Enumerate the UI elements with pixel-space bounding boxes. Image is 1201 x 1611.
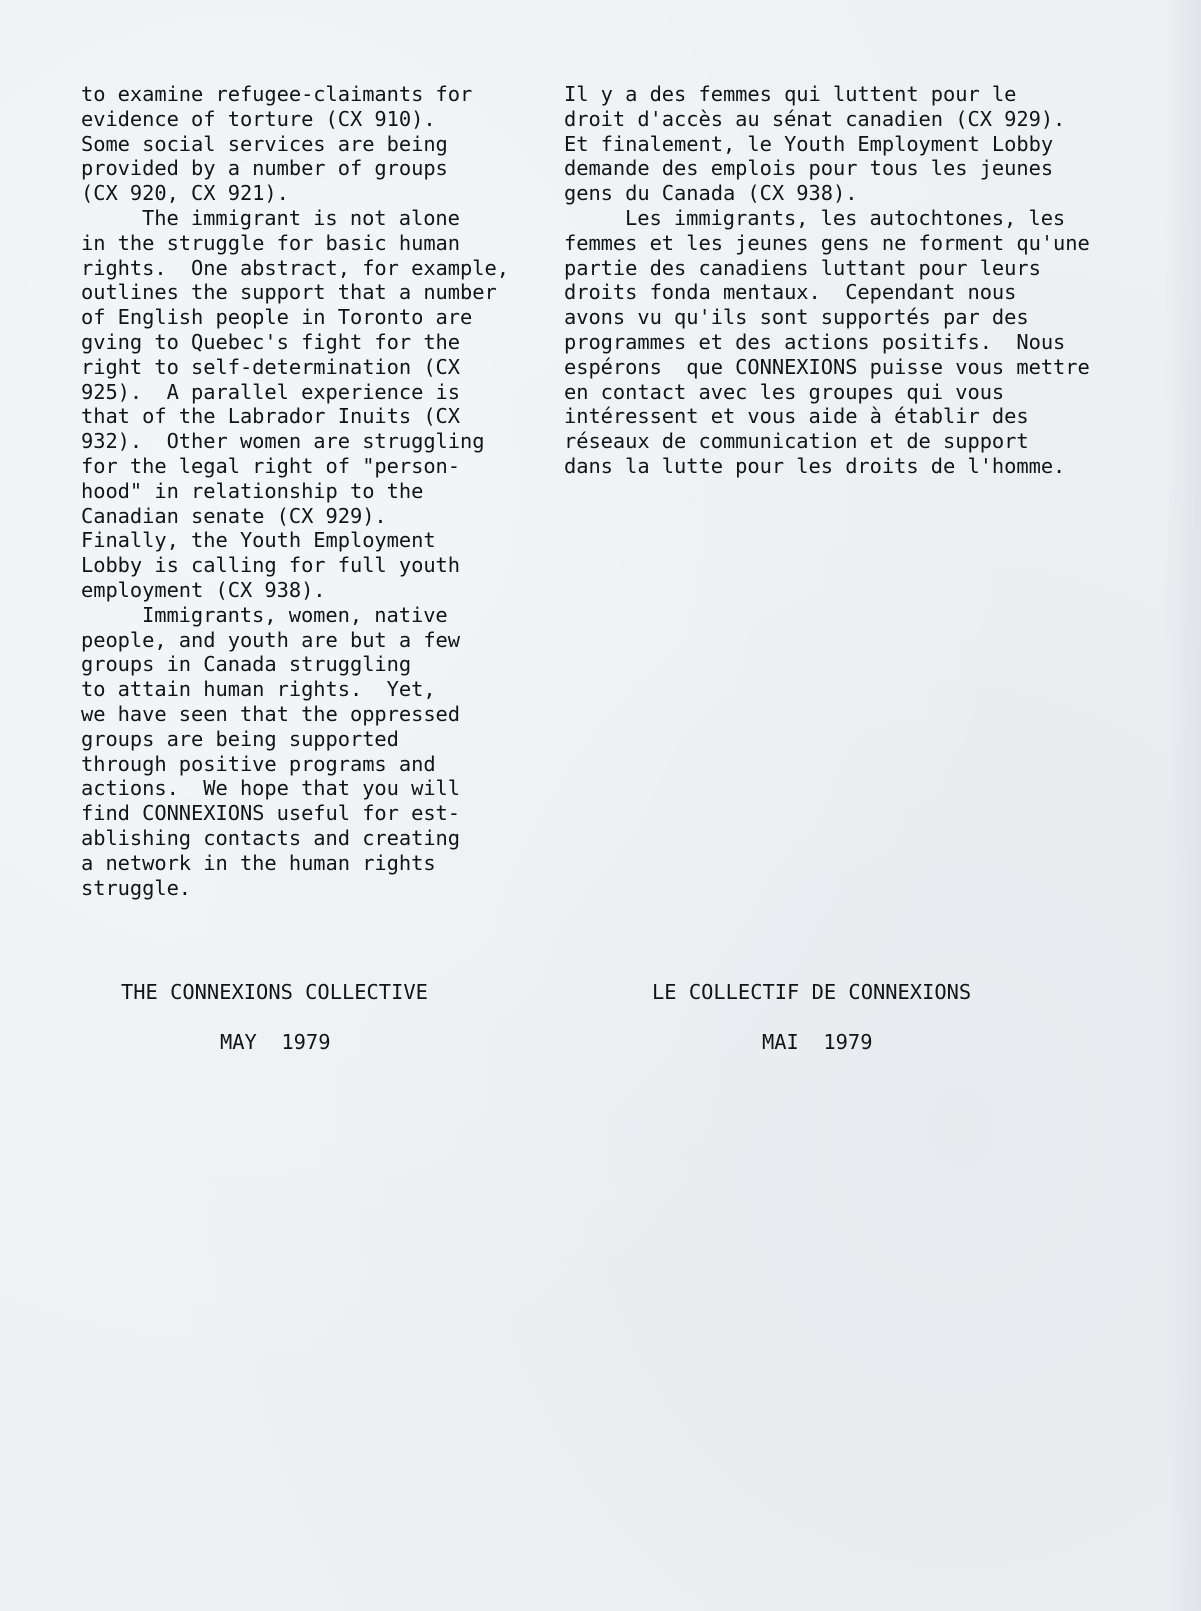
text-line: Canadian senate (CX 929). xyxy=(81,504,509,529)
text-line: Les immigrants, les autochtones, les xyxy=(564,206,1090,231)
text-line: Finally, the Youth Employment xyxy=(81,528,509,553)
text-line: right to self-determination (CX xyxy=(81,355,509,380)
text-line: demande des emplois pour tous les jeunes xyxy=(564,156,1090,181)
text-line: 925). A parallel experience is xyxy=(81,380,509,405)
text-line: (CX 920, CX 921). xyxy=(81,181,509,206)
text-line: we have seen that the oppressed xyxy=(81,702,509,727)
text-line: evidence of torture (CX 910). xyxy=(81,107,509,132)
text-line: actions. We hope that you will xyxy=(81,776,509,801)
text-line: employment (CX 938). xyxy=(81,578,509,603)
text-line: to attain human rights. Yet, xyxy=(81,677,509,702)
text-line: dans la lutte pour les droits de l'homme… xyxy=(564,454,1090,479)
french-column: Il y a des femmes qui luttent pour ledro… xyxy=(564,82,1090,479)
text-line: through positive programs and xyxy=(81,752,509,777)
text-line: droits fonda mentaux. Cependant nous xyxy=(564,280,1090,305)
french-signature-date: MAI 1979 xyxy=(762,1030,873,1054)
text-line: outlines the support that a number xyxy=(81,280,509,305)
text-line: femmes et les jeunes gens ne forment qu'… xyxy=(564,231,1090,256)
text-line: struggle. xyxy=(81,876,509,901)
text-line: Il y a des femmes qui luttent pour le xyxy=(564,82,1090,107)
text-line: groups are being supported xyxy=(81,727,509,752)
text-line: in the struggle for basic human xyxy=(81,231,509,256)
text-line: rights. One abstract, for example, xyxy=(81,256,509,281)
text-line: 932). Other women are struggling xyxy=(81,429,509,454)
english-column: to examine refugee-claimants forevidence… xyxy=(81,82,509,900)
text-line: hood" in relationship to the xyxy=(81,479,509,504)
text-line: for the legal right of "person- xyxy=(81,454,509,479)
document-page: to examine refugee-claimants forevidence… xyxy=(0,0,1201,1611)
text-line: partie des canadiens luttant pour leurs xyxy=(564,256,1090,281)
text-line: en contact avec les groupes qui vous xyxy=(564,380,1090,405)
text-line: réseaux de communication et de support xyxy=(564,429,1090,454)
text-line: that of the Labrador Inuits (CX xyxy=(81,404,509,429)
text-line: a network in the human rights xyxy=(81,851,509,876)
text-line: Immigrants, women, native xyxy=(81,603,509,628)
text-line: groups in Canada struggling xyxy=(81,652,509,677)
text-line: gving to Quebec's fight for the xyxy=(81,330,509,355)
text-line: espérons que CONNEXIONS puisse vous mett… xyxy=(564,355,1090,380)
text-line: intéressent et vous aide à établir des xyxy=(564,404,1090,429)
text-line: Some social services are being xyxy=(81,132,509,157)
french-signature-name: LE COLLECTIF DE CONNEXIONS xyxy=(652,980,971,1004)
text-line: ablishing contacts and creating xyxy=(81,826,509,851)
text-line: to examine refugee-claimants for xyxy=(81,82,509,107)
text-line: find CONNEXIONS useful for est- xyxy=(81,801,509,826)
english-signature-name: THE CONNEXIONS COLLECTIVE xyxy=(121,980,428,1004)
text-line: Et finalement, le Youth Employment Lobby xyxy=(564,132,1090,157)
text-line: gens du Canada (CX 938). xyxy=(564,181,1090,206)
text-line: of English people in Toronto are xyxy=(81,305,509,330)
text-line: avons vu qu'ils sont supportés par des xyxy=(564,305,1090,330)
text-line: people, and youth are but a few xyxy=(81,628,509,653)
english-signature-date: MAY 1979 xyxy=(220,1030,331,1054)
text-line: provided by a number of groups xyxy=(81,156,509,181)
text-line: programmes et des actions positifs. Nous xyxy=(564,330,1090,355)
text-line: droit d'accès au sénat canadien (CX 929)… xyxy=(564,107,1090,132)
text-line: Lobby is calling for full youth xyxy=(81,553,509,578)
text-line: The immigrant is not alone xyxy=(81,206,509,231)
